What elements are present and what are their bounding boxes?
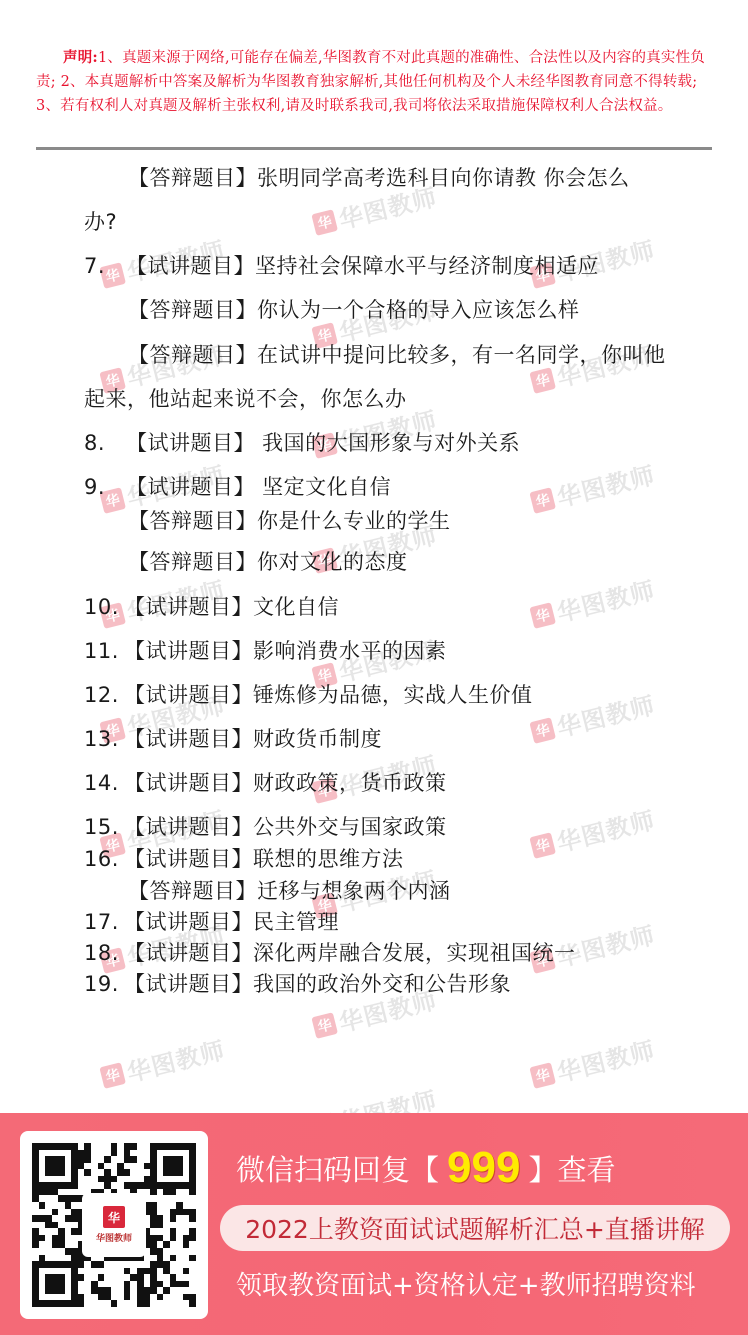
banner-pill: 2022上教资面试试题解析汇总+直播讲解 — [220, 1205, 730, 1251]
qr-code[interactable]: 华 华图教师 — [20, 1131, 208, 1319]
question-line: 办? — [84, 206, 117, 236]
question-line: 8.【试讲题目】 我国的大国形象与对外关系 — [84, 427, 520, 457]
disclaimer-text: 1、真题来源于网络,可能存在偏差,华图教育不对此真题的准确性、合法性以及内容的真… — [36, 50, 705, 114]
divider — [36, 147, 712, 150]
brand-name: 华图教师 — [96, 1231, 132, 1244]
banner-subline: 领取教资面试+资格认定+教师招聘资料 — [236, 1265, 696, 1302]
question-line: 14.【试讲题目】财政政策，货币政策 — [84, 767, 447, 797]
question-line: 【答辩题目】张明同学高考选科目向你请教 你会怎么 — [128, 162, 630, 192]
question-line: 9.【试讲题目】 坚定文化自信 — [84, 471, 391, 501]
question-line: 15.【试讲题目】公共外交与国家政策 — [84, 811, 447, 841]
question-line: 13.【试讲题目】财政货币制度 — [84, 723, 382, 753]
watermark: 华华图教师 — [528, 1030, 659, 1094]
promo-banner: 华 华图教师 微信扫码回复【 999 】查看 2022上教资面试试题解析汇总+直… — [0, 1113, 748, 1335]
question-line: 16.【试讲题目】联想的思维方法 — [84, 843, 404, 873]
reply-code: 999 — [447, 1143, 520, 1193]
question-line: 17.【试讲题目】民主管理 — [84, 906, 339, 936]
question-line: 【答辩题目】迁移与想象两个内涵 — [128, 875, 451, 905]
watermark: 华华图教师 — [98, 1030, 229, 1094]
watermark: 华华图教师 — [528, 455, 659, 519]
question-line: 【答辩题目】你对文化的态度 — [128, 546, 408, 576]
question-line: 18.【试讲题目】深化两岸融合发展，实现祖国统一 — [84, 937, 576, 967]
question-line: 【答辩题目】你认为一个合格的导入应该怎么样 — [128, 294, 580, 324]
question-line: 起来，他站起来说不会，你怎么办 — [84, 383, 407, 413]
watermark: 华华图教师 — [528, 570, 659, 634]
qr-center-logo: 华 华图教师 — [82, 1193, 146, 1257]
watermark: 华华图教师 — [528, 800, 659, 864]
question-line: 12.【试讲题目】锤炼修为品德，实战人生价值 — [84, 679, 533, 709]
banner-headline: 微信扫码回复【 999 】查看 — [236, 1143, 615, 1193]
question-line: 【答辩题目】你是什么专业的学生 — [128, 505, 451, 535]
question-line: 10.【试讲题目】文化自信 — [84, 591, 339, 621]
question-line: 19.【试讲题目】我国的政治外交和公告形象 — [84, 968, 511, 998]
question-line: 【答辩题目】在试讲中提问比较多，有一名同学，你叫他 — [128, 339, 666, 369]
watermark: 华华图教师 — [528, 685, 659, 749]
brand-logo-icon: 华 — [103, 1206, 125, 1228]
disclaimer-label: 声明: — [63, 49, 98, 66]
question-line: 11.【试讲题目】影响消费水平的因素 — [84, 635, 447, 665]
disclaimer: 声明:1、真题来源于网络,可能存在偏差,华图教育不对此真题的准确性、合法性以及内… — [36, 46, 712, 118]
question-line: 7.【试讲题目】坚持社会保障水平与经济制度相适应 — [84, 250, 599, 280]
